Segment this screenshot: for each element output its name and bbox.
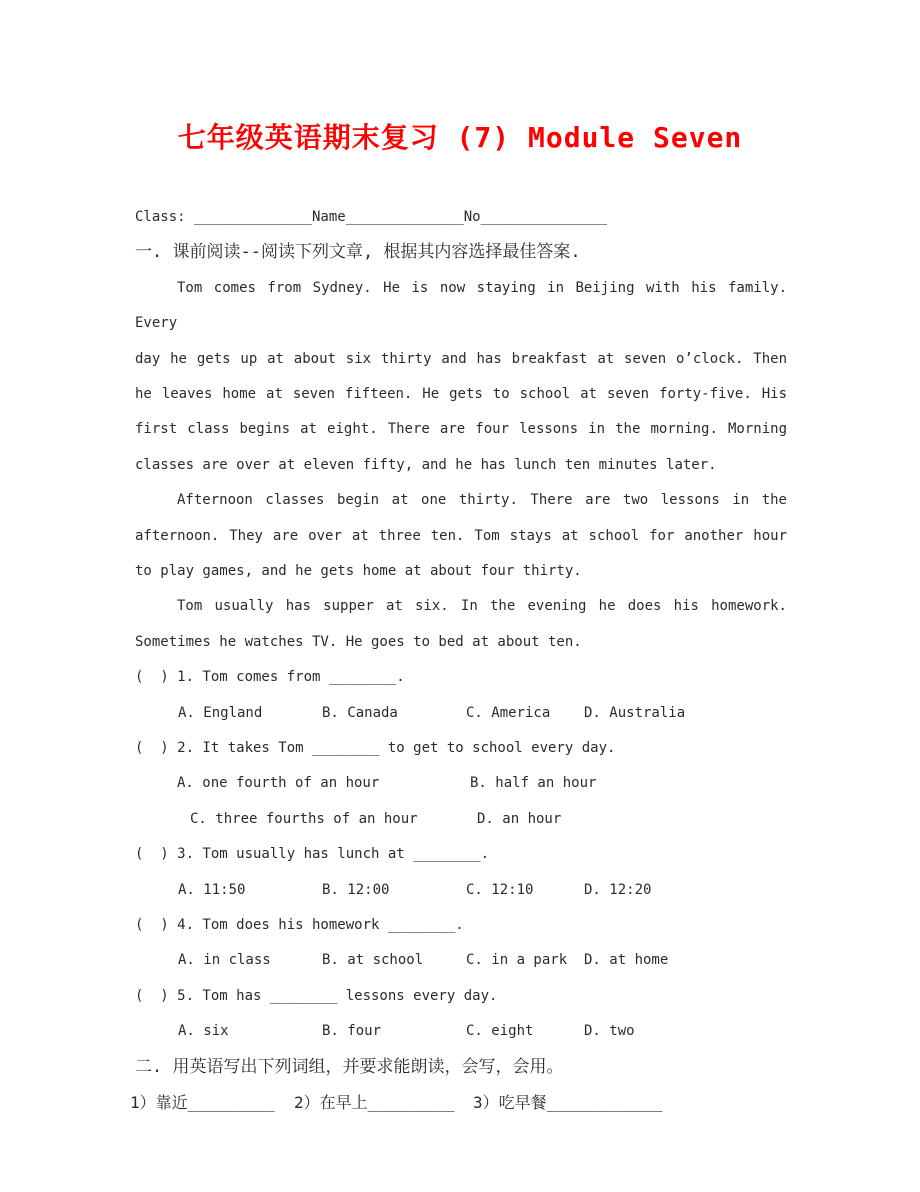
question-2-options-row-2: C. three fourths of an hour D. an hour	[135, 802, 787, 837]
passage-p1-line-4: first class begins at eight. There are f…	[135, 412, 787, 447]
question-4-stem: ( ) 4. Tom does his homework ________.	[135, 908, 787, 943]
question-4-option-d: D. at home	[584, 943, 668, 978]
question-2-stem: ( ) 2. It takes Tom ________ to get to s…	[135, 731, 787, 766]
question-2-option-a: A. one fourth of an hour	[177, 766, 379, 801]
passage-p1-line-1: Tom comes from Sydney. He is now staying…	[135, 271, 787, 342]
phrase-item-2: 2）在早上_________	[294, 1085, 454, 1120]
passage-p2-line-1: Afternoon classes begin at one thirty. T…	[135, 483, 787, 518]
question-5-option-b: B. four	[322, 1014, 381, 1049]
question-1-option-c: C. America	[466, 696, 550, 731]
question-5-option-a: A. six	[178, 1014, 229, 1049]
phrase-item-3: 3）吃早餐____________	[473, 1085, 662, 1120]
question-2-options-row-1: A. one fourth of an hour B. half an hour	[135, 766, 787, 801]
question-4-option-b: B. at school	[322, 943, 423, 978]
passage-p1-line-3: he leaves home at seven fifteen. He gets…	[135, 377, 787, 412]
passage-p2-line-3: to play games, and he gets home at about…	[135, 554, 787, 589]
question-2-option-c: C. three fourths of an hour	[190, 802, 418, 837]
question-3-option-b: B. 12:00	[322, 873, 389, 908]
phrase-item-1: 1）靠近_________	[130, 1085, 274, 1120]
question-5-option-c: C. eight	[466, 1014, 533, 1049]
question-3-options: A. 11:50 B. 12:00 C. 12:10 D. 12:20	[135, 873, 787, 908]
question-2-option-d: D. an hour	[477, 802, 561, 837]
question-1-option-a: A. England	[178, 696, 262, 731]
question-5-options: A. six B. four C. eight D. two	[135, 1014, 787, 1049]
question-5-stem: ( ) 5. Tom has ________ lessons every da…	[135, 979, 787, 1014]
passage-p2-line-2: afternoon. They are over at three ten. T…	[135, 519, 787, 554]
question-4-options: A. in class B. at school C. in a park D.…	[135, 943, 787, 978]
question-2-option-b: B. half an hour	[470, 766, 596, 801]
question-3-option-a: A. 11:50	[178, 873, 245, 908]
question-5-option-d: D. two	[584, 1014, 635, 1049]
passage-p1-line-2: day he gets up at about six thirty and h…	[135, 342, 787, 377]
question-1-options: A. England B. Canada C. America D. Austr…	[135, 696, 787, 731]
section-2-heading: 二. 用英语写出下列词组，并要求能朗读，会写，会用。	[135, 1050, 787, 1085]
question-1-stem: ( ) 1. Tom comes from ________.	[135, 660, 787, 695]
question-3-option-d: D. 12:20	[584, 873, 651, 908]
passage-p3-line-2: Sometimes he watches TV. He goes to bed …	[135, 625, 787, 660]
question-1-option-d: D. Australia	[584, 696, 685, 731]
student-info-line: Class: ______________Name______________N…	[135, 200, 787, 235]
passage-p3-line-1: Tom usually has supper at six. In the ev…	[135, 589, 787, 624]
question-1-option-b: B. Canada	[322, 696, 398, 731]
phrase-blanks-row: 1）靠近_________ 2）在早上_________ 3）吃早餐______…	[135, 1085, 787, 1120]
passage-p1-line-5: classes are over at eleven fifty, and he…	[135, 448, 787, 483]
question-3-option-c: C. 12:10	[466, 873, 533, 908]
question-3-stem: ( ) 3. Tom usually has lunch at ________…	[135, 837, 787, 872]
question-4-option-a: A. in class	[178, 943, 271, 978]
section-1-heading: 一. 课前阅读--阅读下列文章, 根据其内容选择最佳答案.	[135, 235, 787, 270]
question-4-option-c: C. in a park	[466, 943, 567, 978]
worksheet-body: Class: ______________Name______________N…	[135, 200, 787, 1120]
worksheet-title: 七年级英语期末复习 (7) Module Seven	[0, 118, 920, 158]
worksheet-page: 七年级英语期末复习 (7) Module Seven Class: ______…	[0, 0, 920, 1192]
